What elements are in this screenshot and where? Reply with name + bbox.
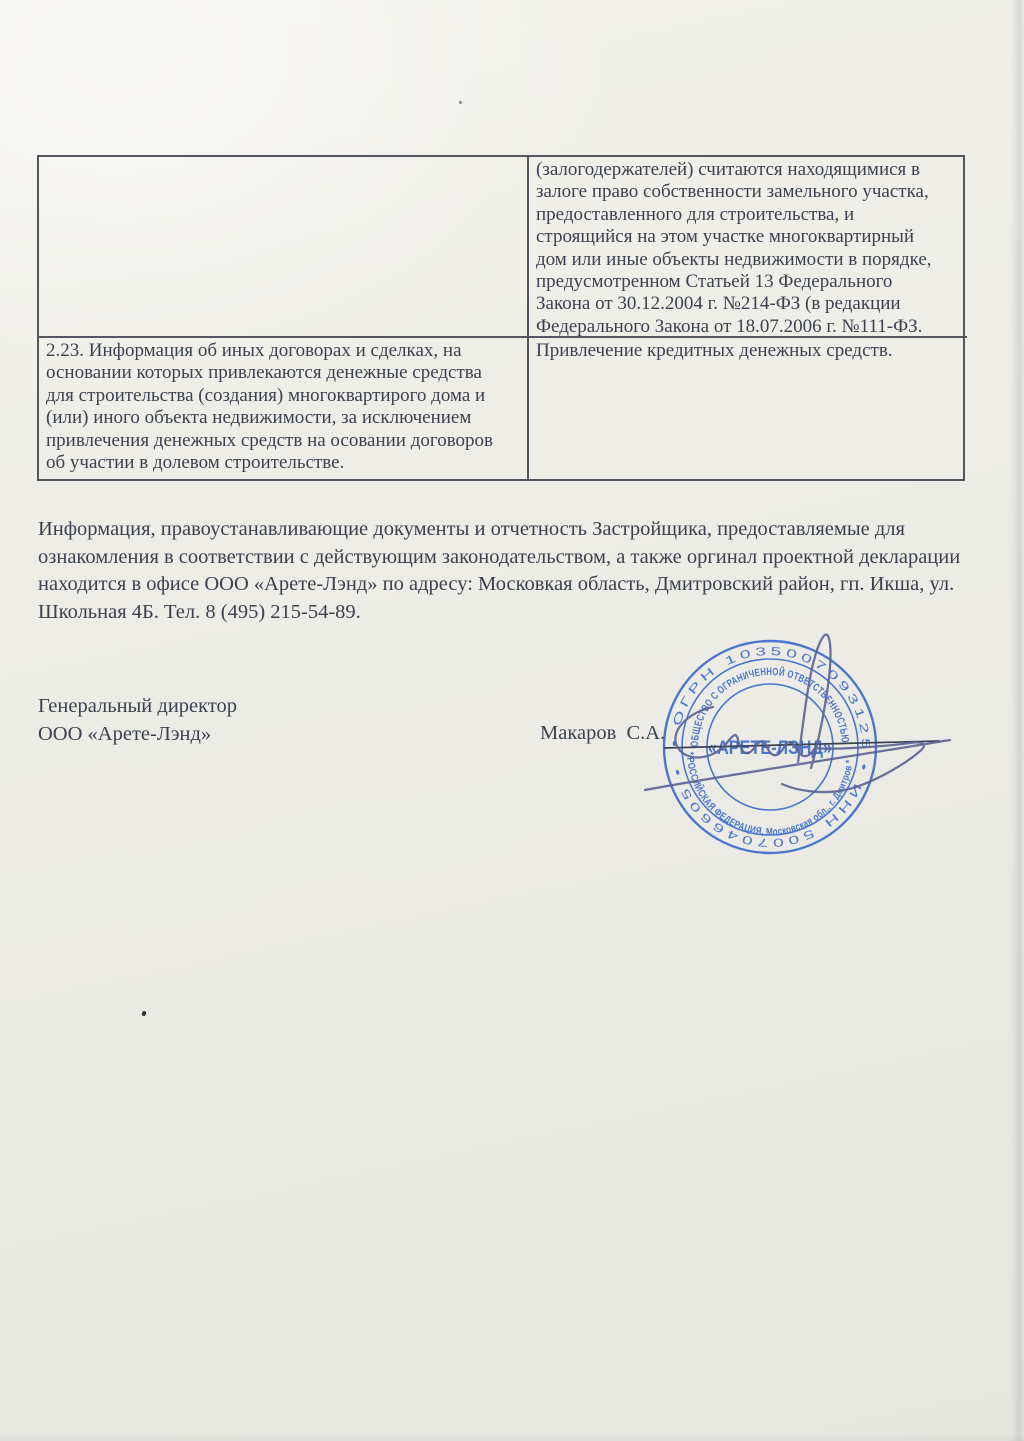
table-text-line: (залогодержателей) считаются находящимис…: [536, 159, 959, 181]
table-text-line: дом или иные объекты недвижимости в поря…: [536, 249, 959, 271]
table-cell-right-row2: Привлечение кредитных денежных средств.: [529, 338, 967, 479]
table-text-line: Закона от 30.12.2004 г. №214-ФЗ (в редак…: [536, 293, 959, 315]
scan-edge-shadow-right: [1010, 0, 1024, 1441]
table-cell-left-row1: [39, 157, 529, 338]
paper-speck: [459, 101, 462, 104]
table-text-line: залоге право собственности замельного уч…: [536, 181, 959, 203]
table-text-line: Привлечение кредитных денежных средств.: [536, 340, 959, 362]
table-cell-right-row1: (залогодержателей) считаются находящимис…: [529, 157, 967, 338]
paper-speck: [141, 1010, 146, 1016]
info-table: (залогодержателей) считаются находящимис…: [37, 155, 965, 481]
table-text-line: основании которых привлекаются денежные …: [46, 362, 519, 384]
handwritten-signature: [560, 600, 1000, 840]
scan-edge-shadow-bottom: [0, 1433, 1024, 1441]
scanned-document-page: (залогодержателей) считаются находящимис…: [0, 0, 1024, 1441]
table-text-line: (или) иного объекта недвижимости, за иск…: [46, 407, 519, 429]
table-text-line: предоставленного для строительства, и: [536, 204, 959, 226]
table-text-line: строящийся на этом участке многоквартирн…: [536, 226, 959, 248]
signer-company-name: ООО «Арете-Лэнд»: [38, 723, 211, 746]
table-text-line: привлечения денежных средств на осовании…: [46, 430, 519, 452]
table-text-line: предусмотренном Статьей 13 Федерального: [536, 271, 959, 293]
signer-role-title: Генеральный директор: [38, 695, 237, 718]
paragraph-line: ознакомления в соответствии с действующи…: [38, 544, 978, 572]
table-text-line: об участии в долевом строительстве.: [46, 452, 519, 474]
table-text-line: 2.23. Информация об иных договорах и сде…: [46, 340, 519, 362]
paragraph-line: находится в офисе ООО «Арете-Лэнд» по ад…: [38, 571, 978, 599]
table-cell-left-row2: 2.23. Информация об иных договорах и сде…: [39, 338, 529, 479]
table-text-line: Федерального Закона от 18.07.2006 г. №11…: [536, 316, 959, 338]
table-text-line: для строительства (создания) многокварти…: [46, 385, 519, 407]
paragraph-line: Информация, правоустанавливающие докумен…: [38, 516, 978, 544]
